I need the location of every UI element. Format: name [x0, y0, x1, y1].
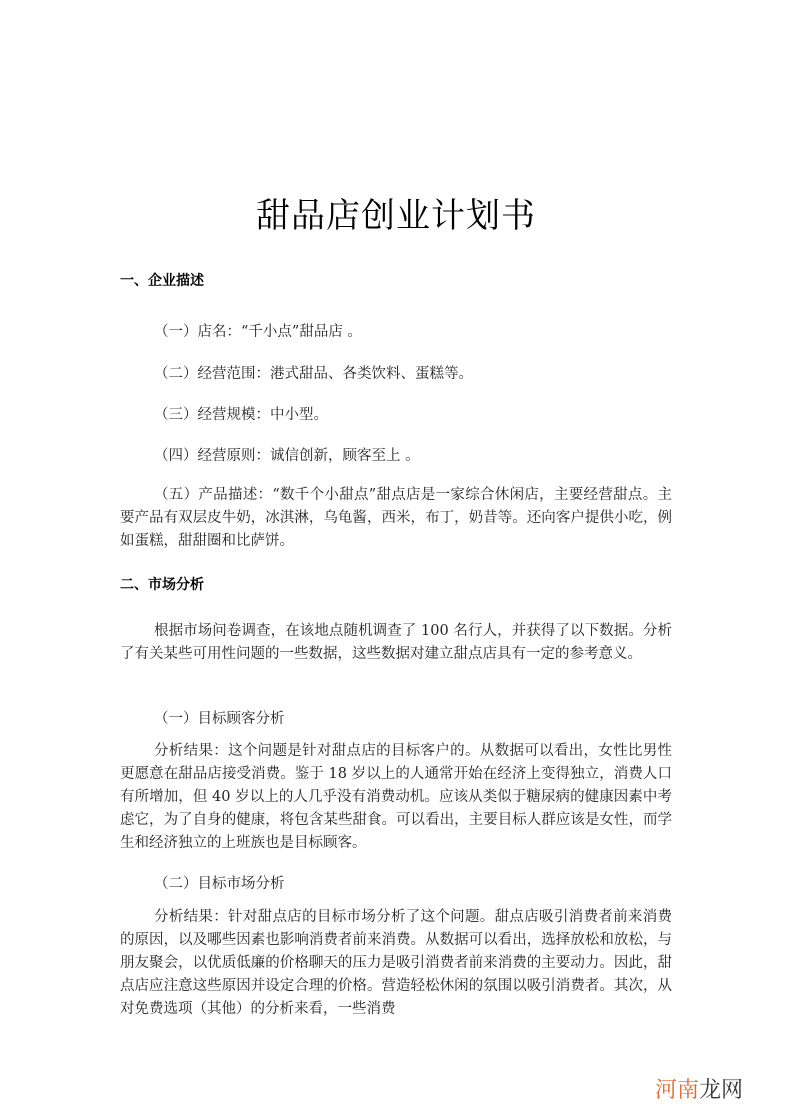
paragraph-market-intro: 根据市场问卷调查，在该地点随机调查了 100 名行人，并获得了以下数据。分析了有…: [120, 620, 672, 666]
section-heading-company: 一、企业描述: [120, 270, 204, 290]
item-business-scope: （二）经营范围：港式甜品、各类饮料、蛋糕等。: [154, 362, 473, 383]
section-heading-market: 二、市场分析: [120, 574, 204, 594]
paragraph-target-market: 分析结果：针对甜点店的目标市场分析了这个问题。甜点店吸引消费者前来消费的原因，以…: [120, 906, 672, 1021]
paragraph-product-description: （五）产品描述：“数千个小甜点”甜点店是一家综合休闲店，主要经营甜点。主要产品有…: [120, 484, 672, 553]
watermark-logo: 河南龙网: [655, 1073, 743, 1104]
item-store-name: （一）店名：“千小点”甜品店 。: [154, 320, 362, 341]
watermark-part2: 龙网: [699, 1078, 743, 1103]
document-page: 甜品店创业计划书 一、企业描述 （一）店名：“千小点”甜品店 。 （二）经营范围…: [0, 0, 792, 1120]
item-business-principle: （四）经营原则：诚信创新，顾客至上 。: [154, 444, 420, 465]
subheading-target-market: （二）目标市场分析: [154, 872, 285, 893]
item-business-scale: （三）经营规模：中小型。: [154, 403, 328, 424]
watermark-part1: 河南: [655, 1078, 699, 1103]
document-title: 甜品店创业计划书: [0, 188, 792, 237]
paragraph-target-customer: 分析结果：这个问题是针对甜点店的目标客户的。从数据可以看出，女性比男性更愿意在甜…: [120, 740, 672, 855]
subheading-target-customer: （一）目标顾客分析: [154, 707, 285, 728]
